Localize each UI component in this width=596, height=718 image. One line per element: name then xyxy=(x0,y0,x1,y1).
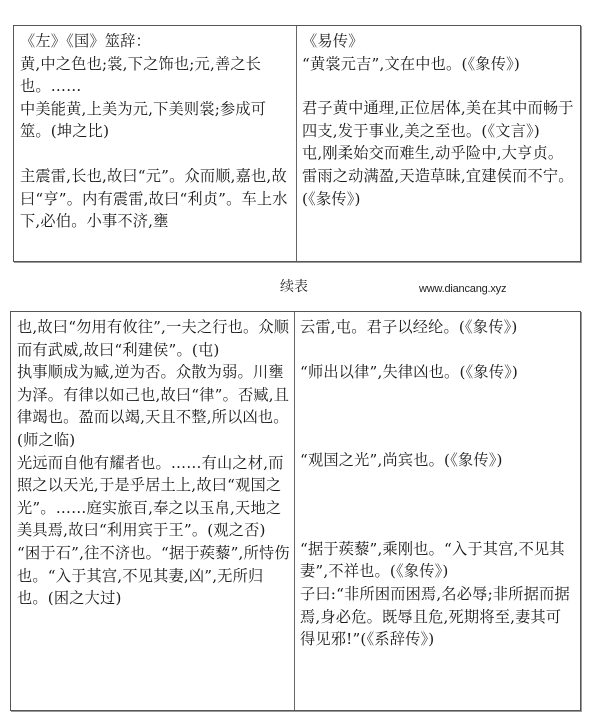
text-cell: “据于蒺藜”,乘刚也。“入于其宫,不见其妻”,不祥也。(《象传》) xyxy=(300,538,576,583)
text-cell: 屯,刚柔始交而难生,动乎险中,大亨贞。雷雨之动满盈,天造草昧,宜建侯而不宁。(《… xyxy=(302,142,576,210)
comparison-table-1: 《左》《国》筮辞： 黄,中之色也;裳,下之饰也;元,善之长也。…… 中美能黄,上… xyxy=(13,25,581,262)
spacer xyxy=(300,472,576,494)
text-cell: 云雷,屯。君子以经纶。(《象传》) xyxy=(300,316,576,339)
spacer xyxy=(300,516,576,538)
column-yi-zhuan: 《易传》 “黄裳元吉”,文在中也。(《象传》) 君子黄中通理,正位居体,美在其中… xyxy=(297,26,580,261)
text-cell: 君子黄中通理,正位居体,美在其中而畅于四支,发于事业,美之至也。(《文言》) xyxy=(302,97,576,142)
text-cell: “师出以律”,失律凶也。(《象传》) xyxy=(300,361,576,384)
column-header: 《左》《国》筮辞： xyxy=(20,30,292,53)
text-cell: 也,故曰“勿用有攸往”,一夫之行也。众顺而有武威,故曰“利建侯”。(屯) xyxy=(17,316,290,361)
column-zuo-guo-divination: 《左》《国》筮辞： 黄,中之色也;裳,下之饰也;元,善之长也。…… 中美能黄,上… xyxy=(14,26,297,261)
spacer xyxy=(300,405,576,427)
text-cell: 光远而自他有耀者也。……有山之材,而照之以天光,于是乎居土上,故曰“观国之光”。… xyxy=(17,452,290,542)
spacer xyxy=(300,383,576,405)
column-zuo-guo-divination-continued: 也,故曰“勿用有攸往”,一夫之行也。众顺而有武威,故曰“利建侯”。(屯) 执事顺… xyxy=(11,312,295,710)
text-cell: 子曰:“非所困而困焉,名必辱;非所据而据焉,身必危。既辱且危,死期将至,妻其可得… xyxy=(300,583,576,651)
watermark-url: www.diancang.xyz xyxy=(419,283,506,295)
column-header: 《易传》 xyxy=(302,30,576,53)
comparison-table-2: 也,故曰“勿用有攸往”,一夫之行也。众顺而有武威,故曰“利建侯”。(屯) 执事顺… xyxy=(10,311,581,711)
text-cell: “观国之光”,尚宾也。(《象传》) xyxy=(300,449,576,472)
text-cell: 主震雷,长也,故曰“元”。众而顺,嘉也,故曰“亨”。内有震雷,故曰“利贞”。车上… xyxy=(20,165,292,233)
spacer xyxy=(300,494,576,516)
spacer xyxy=(300,339,576,361)
text-cell: “困于石”,往不济也。“据于蒺藜”,所恃伤也。“入于其宫,不见其妻,凶”,无所归… xyxy=(17,542,290,610)
spacer xyxy=(302,75,576,97)
text-cell: 执事顺成为臧,逆为否。众散为弱。川壅为泽。有律以如己也,故曰“律”。否臧,且律竭… xyxy=(17,361,290,451)
spacer xyxy=(300,427,576,449)
continued-table-caption: 续表 xyxy=(280,276,308,296)
text-cell: “黄裳元吉”,文在中也。(《象传》) xyxy=(302,53,576,76)
spacer xyxy=(20,143,292,165)
text-cell: 黄,中之色也;裳,下之饰也;元,善之长也。…… xyxy=(20,53,292,98)
text-cell: 中美能黄,上美为元,下美则裳;参成可筮。(坤之比) xyxy=(20,98,292,143)
column-yi-zhuan-continued: 云雷,屯。君子以经纶。(《象传》) “师出以律”,失律凶也。(《象传》) “观国… xyxy=(295,312,580,710)
